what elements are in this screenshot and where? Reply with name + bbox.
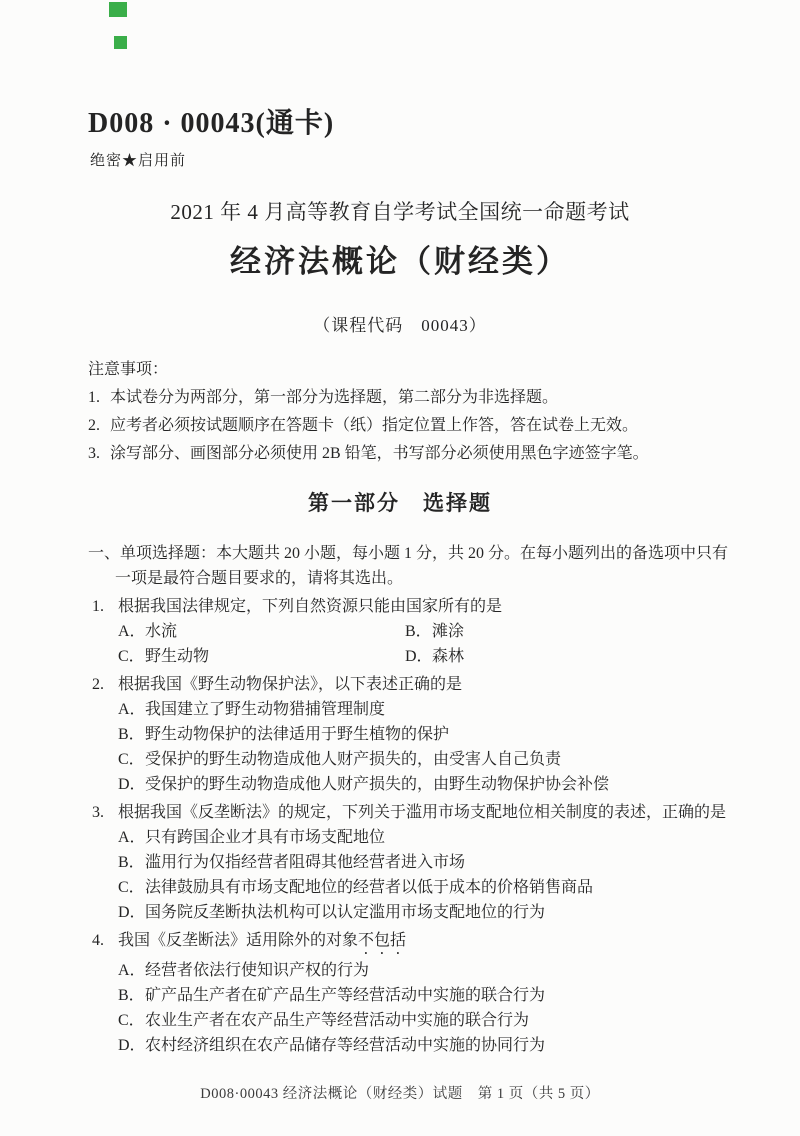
questions-area: 一、单项选择题：本大题共 20 小题，每小题 1 分，共 20 分。在每小题列出… <box>88 541 730 1058</box>
option-text: 经营者依法行使知识产权的行为 <box>145 962 369 979</box>
option-label: D． <box>118 1033 145 1058</box>
note-text: 涂写部分、画图部分必须使用 2B 铅笔，书写部分必须使用黑色字迹签字笔。 <box>110 445 649 462</box>
note-text: 本试卷分为两部分，第一部分为选择题，第二部分为非选择题。 <box>110 389 558 406</box>
option-text: 农业生产者在农产品生产等经营活动中实施的联合行为 <box>145 1012 529 1029</box>
question-text: 根据我国法律规定，下列自然资源只能由国家所有的是 <box>118 598 502 615</box>
option-text: 矿产品生产者在矿产品生产等经营活动中实施的联合行为 <box>145 987 545 1004</box>
option-label: D． <box>405 644 432 669</box>
section-instruction: 一、单项选择题：本大题共 20 小题，每小题 1 分，共 20 分。在每小题列出… <box>88 541 730 591</box>
note-item: 1.本试卷分为两部分，第一部分为选择题，第二部分为非选择题。 <box>88 384 733 412</box>
notes-section: 注意事项： 1.本试卷分为两部分，第一部分为选择题，第二部分为非选择题。 2.应… <box>88 356 733 468</box>
note-item: 3.涂写部分、画图部分必须使用 2B 铅笔，书写部分必须使用黑色字迹签字笔。 <box>88 440 733 468</box>
option-text: 受保护的野生动物造成他人财产损失的，由受害人自己负责 <box>145 751 561 768</box>
option-c: C．法律鼓励具有市场支配地位的经营者以低于成本的价格销售商品 <box>118 875 730 900</box>
option-label: C． <box>118 875 145 900</box>
exam-subject-title: 经济法概论（财经类） <box>0 236 800 281</box>
option-text: 只有跨国企业才具有市场支配地位 <box>145 829 385 846</box>
option-label: C． <box>118 747 145 772</box>
option-d: D．受保护的野生动物造成他人财产损失的，由野生动物保护协会补偿 <box>118 772 730 797</box>
option-c: C．农业生产者在农产品生产等经营活动中实施的联合行为 <box>118 1008 730 1033</box>
option-label: D． <box>118 900 145 925</box>
options-list: A．经营者依法行使知识产权的行为 B．矿产品生产者在矿产品生产等经营活动中实施的… <box>118 958 730 1058</box>
question-stem: 3.根据我国《反垄断法》的规定，下列关于滥用市场支配地位相关制度的表述，正确的是 <box>88 800 730 825</box>
options-list: A．只有跨国企业才具有市场支配地位 B．滥用行为仅指经营者阻碍其他经营者进入市场… <box>118 825 730 925</box>
option-text: 滥用行为仅指经营者阻碍其他经营者进入市场 <box>145 854 465 871</box>
question-text: 我国《反垄断法》适用除外的对象 <box>118 932 358 949</box>
security-notice: 绝密★启用前 <box>90 149 186 170</box>
option-d: D．农村经济组织在农产品储存等经营活动中实施的协同行为 <box>118 1033 730 1058</box>
option-label: A． <box>118 697 145 722</box>
option-b: B．滥用行为仅指经营者阻碍其他经营者进入市场 <box>118 850 730 875</box>
instruction-label: 一、单项选择题： <box>88 545 216 562</box>
option-label: C． <box>118 644 145 669</box>
option-label: B． <box>118 850 145 875</box>
option-text: 我国建立了野生动物猎捕管理制度 <box>145 701 385 718</box>
section-title: 第一部分 选择题 <box>0 487 800 517</box>
option-d: D．森林 <box>405 644 730 669</box>
question-number: 2. <box>92 672 118 697</box>
option-a: A．只有跨国企业才具有市场支配地位 <box>118 825 730 850</box>
question-text: 根据我国《反垄断法》的规定，下列关于滥用市场支配地位相关制度的表述，正确的是 <box>118 804 726 821</box>
option-text: 水流 <box>145 623 177 640</box>
option-a: A．我国建立了野生动物猎捕管理制度 <box>118 697 730 722</box>
note-text: 应考者必须按试题顺序在答题卡（纸）指定位置上作答，答在试卷上无效。 <box>110 417 638 434</box>
option-label: C． <box>118 1008 145 1033</box>
option-label: B． <box>405 619 432 644</box>
option-text: 法律鼓励具有市场支配地位的经营者以低于成本的价格销售商品 <box>145 879 593 896</box>
option-d: D．国务院反垄断执法机构可以认定滥用市场支配地位的行为 <box>118 900 730 925</box>
page-footer: D008·00043 经济法概论（财经类）试题 第 1 页（共 5 页） <box>0 1082 800 1103</box>
question-stem: 4.我国《反垄断法》适用除外的对象不包括 <box>88 928 730 958</box>
question-stem: 2.根据我国《野生动物保护法》，以下表述正确的是 <box>88 672 730 697</box>
options-list: A．水流 B．滩涂 C．野生动物 D．森林 <box>118 619 730 669</box>
option-label: A． <box>118 958 145 983</box>
question-number: 3. <box>92 800 118 825</box>
scan-artifact-green-1 <box>109 2 127 17</box>
option-b: B．滩涂 <box>405 619 730 644</box>
option-text: 农村经济组织在农产品储存等经营活动中实施的协同行为 <box>145 1037 545 1054</box>
question-4: 4.我国《反垄断法》适用除外的对象不包括 A．经营者依法行使知识产权的行为 B．… <box>88 928 730 1058</box>
question-number: 4. <box>92 928 118 953</box>
option-label: B． <box>118 983 145 1008</box>
option-a: A．水流 <box>118 619 405 644</box>
note-number: 2. <box>88 412 110 440</box>
option-b: B．野生动物保护的法律适用于野生植物的保护 <box>118 722 730 747</box>
option-text: 野生动物保护的法律适用于野生植物的保护 <box>145 726 449 743</box>
option-label: A． <box>118 619 145 644</box>
option-text: 森林 <box>432 648 464 665</box>
option-label: B． <box>118 722 145 747</box>
exam-session-title: 2021 年 4 月高等教育自学考试全国统一命题考试 <box>0 196 800 226</box>
exam-paper-page: D008 · 00043(通卡) 绝密★启用前 2021 年 4 月高等教育自学… <box>0 0 800 1136</box>
course-code: （课程代码 00043） <box>0 311 800 336</box>
scan-artifact-green-2 <box>114 36 127 49</box>
question-2: 2.根据我国《野生动物保护法》，以下表述正确的是 A．我国建立了野生动物猎捕管理… <box>88 672 730 797</box>
option-a: A．经营者依法行使知识产权的行为 <box>118 958 730 983</box>
question-number: 1. <box>92 594 118 619</box>
question-stem: 1.根据我国法律规定，下列自然资源只能由国家所有的是 <box>88 594 730 619</box>
option-label: D． <box>118 772 145 797</box>
question-1: 1.根据我国法律规定，下列自然资源只能由国家所有的是 A．水流 B．滩涂 C．野… <box>88 594 730 669</box>
option-text: 国务院反垄断执法机构可以认定滥用市场支配地位的行为 <box>145 904 545 921</box>
notes-title: 注意事项： <box>88 356 733 384</box>
question-3: 3.根据我国《反垄断法》的规定，下列关于滥用市场支配地位相关制度的表述，正确的是… <box>88 800 730 925</box>
option-text: 滩涂 <box>432 623 464 640</box>
option-text: 受保护的野生动物造成他人财产损失的，由野生动物保护协会补偿 <box>145 776 609 793</box>
options-list: A．我国建立了野生动物猎捕管理制度 B．野生动物保护的法律适用于野生植物的保护 … <box>118 697 730 797</box>
option-c: C．受保护的野生动物造成他人财产损失的，由受害人自己负责 <box>118 747 730 772</box>
option-c: C．野生动物 <box>118 644 405 669</box>
option-b: B．矿产品生产者在矿产品生产等经营活动中实施的联合行为 <box>118 983 730 1008</box>
option-text: 野生动物 <box>145 648 209 665</box>
exam-code: D008 · 00043(通卡) <box>88 101 334 141</box>
question-text: 根据我国《野生动物保护法》，以下表述正确的是 <box>118 676 462 693</box>
note-number: 3. <box>88 440 110 468</box>
option-label: A． <box>118 825 145 850</box>
note-item: 2.应考者必须按试题顺序在答题卡（纸）指定位置上作答，答在试卷上无效。 <box>88 412 733 440</box>
note-number: 1. <box>88 384 110 412</box>
question-text-emphasized: 不包括 <box>358 932 406 949</box>
